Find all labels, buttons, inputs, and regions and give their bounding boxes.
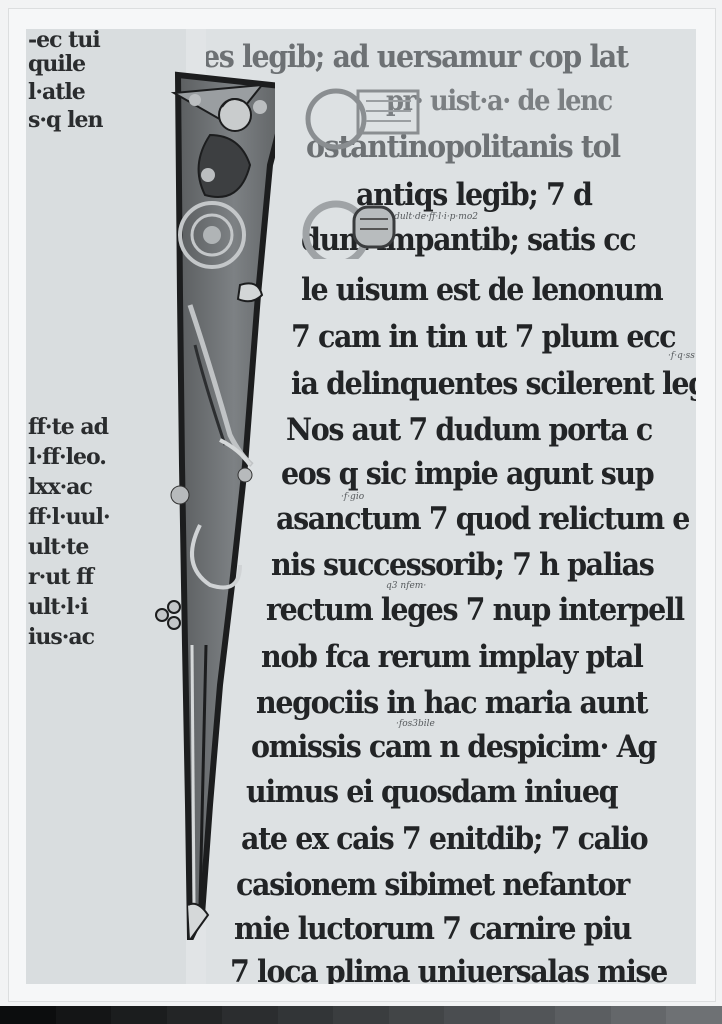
left-column-line: lxx·ac xyxy=(28,472,92,502)
decorated-initial-i-icon xyxy=(150,45,275,940)
left-column-line: ff·l·uul· xyxy=(28,502,110,532)
left-column-line: ult·te xyxy=(28,532,88,562)
left-column-line: ult·l·i xyxy=(28,592,88,622)
photo-grayscale-strip xyxy=(0,1006,722,1024)
left-column-line: r·ut ff xyxy=(28,562,93,592)
left-column-line: s·q len xyxy=(28,105,102,135)
text-line: ia delinquentes scilerent leg xyxy=(291,366,696,402)
text-line: asanctum 7 quod relictum e xyxy=(276,501,689,537)
left-column-line: l·atle xyxy=(28,77,85,107)
text-line: mie luctorum 7 carnire piu xyxy=(234,911,631,947)
text-line: ate ex cais 7 enitdib; 7 calio xyxy=(241,821,647,857)
text-line: le uisum est de lenonum xyxy=(301,272,662,308)
text-line: 7 loca plima uniuersalas mise xyxy=(230,954,667,984)
interlinear-gloss: ·fos3bile xyxy=(396,719,435,729)
text-line: casionem sibimet nefantor xyxy=(236,867,629,903)
text-line: Nos aut 7 dudum porta c xyxy=(286,412,652,448)
manuscript-page: -ec tui quile l·atle s·q len ff·te ad l·… xyxy=(26,29,696,984)
text-line: nob fca rerum implay ptal xyxy=(261,639,642,675)
left-column-line: ius·ac xyxy=(28,622,94,652)
minor-initial-icon xyxy=(296,79,436,259)
interlinear-gloss: ·f·q·ss xyxy=(668,351,695,361)
text-line: uimus ei quosdam iniueq xyxy=(246,774,617,810)
text-line: negociis in hac maria aunt xyxy=(256,685,647,721)
left-column-line: quile xyxy=(28,49,85,79)
left-column-line: l·ff·leo. xyxy=(28,442,106,472)
text-line: omissis cam n despicim· Ag xyxy=(251,729,656,765)
left-column-line: ff·te ad xyxy=(28,412,108,442)
interlinear-gloss: q3 nfem· xyxy=(386,581,426,591)
text-line: rectum leges 7 nup interpell xyxy=(266,592,684,628)
main-text-column: es legib; ad uersamur cop lat pr· uist·a… xyxy=(206,29,696,984)
text-line: nis successorib; 7 h palias xyxy=(271,547,653,583)
text-line: eos q sic impie agunt sup xyxy=(281,456,653,492)
text-line: 7 cam in tin ut 7 plum ecc xyxy=(291,319,675,355)
